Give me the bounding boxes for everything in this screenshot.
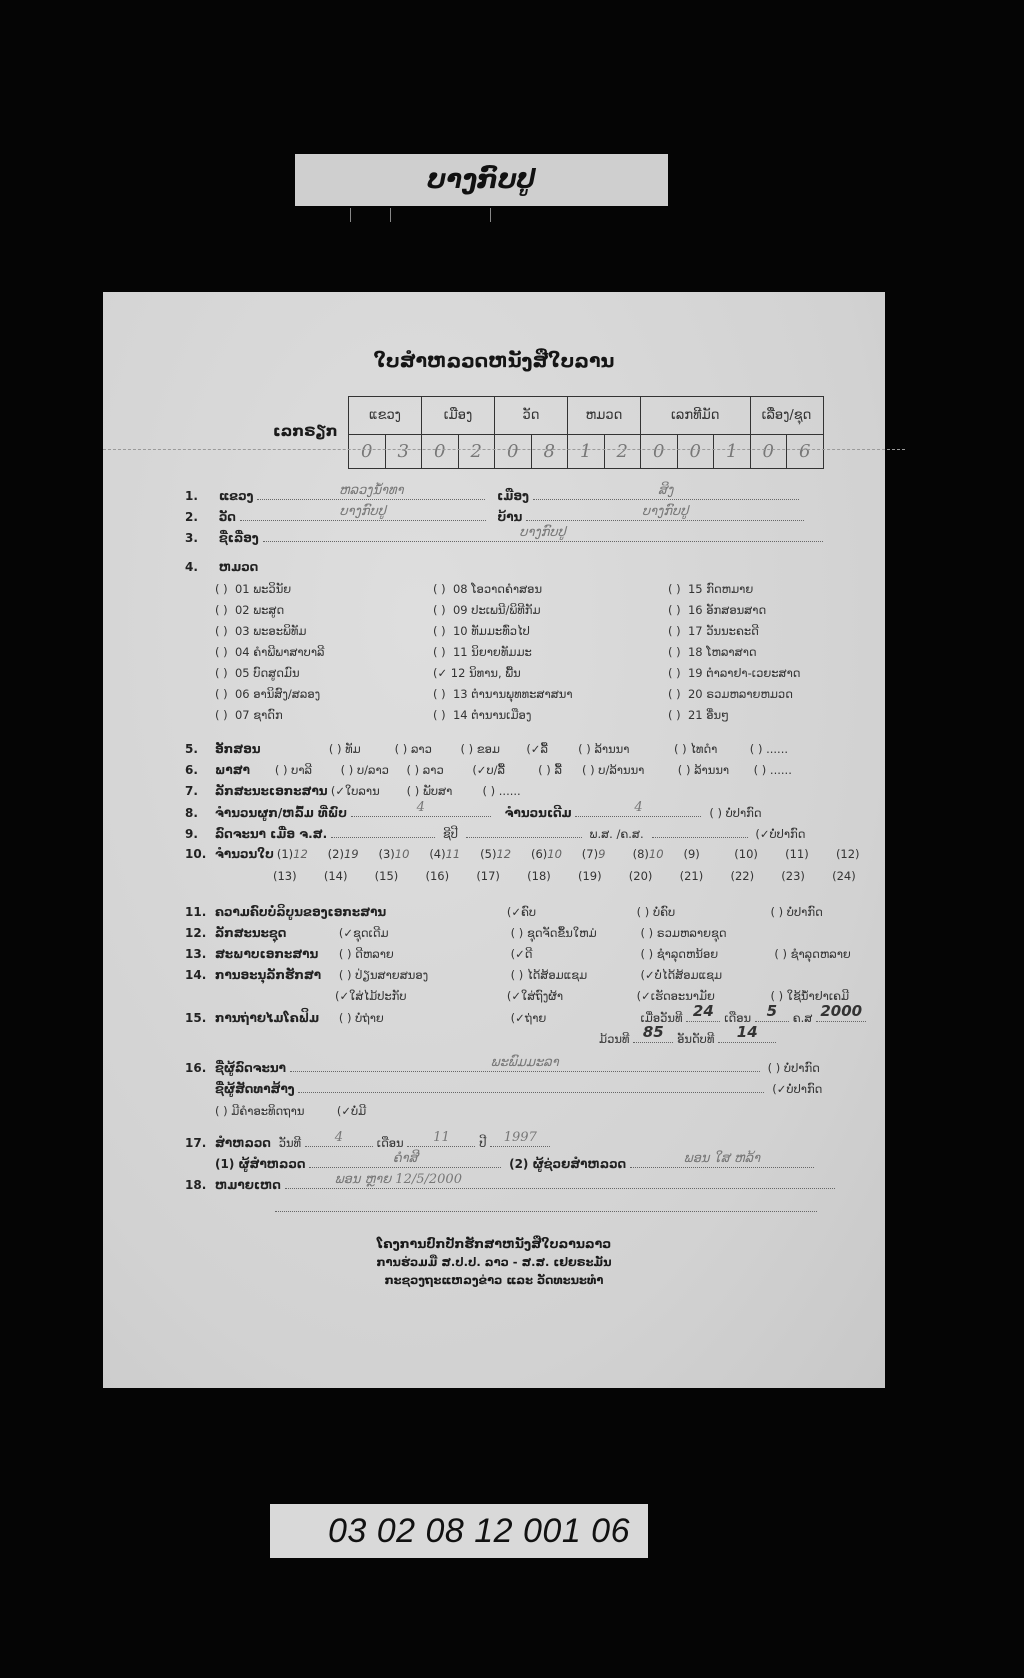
leaf-count-1[interactable]: (1)12 xyxy=(277,847,324,861)
remarks-field-2[interactable] xyxy=(275,1200,817,1212)
leaf-count-9[interactable]: (9) xyxy=(683,847,730,861)
field-temple-row: 2. ວັດ ບາງກົບປູ ບ້ານ ບາງກົບປູ xyxy=(185,509,804,524)
script-option[interactable]: ( ) ທັມ xyxy=(329,742,391,756)
code-table: ແຂວງ ເມືອງ ວັດ ຫມວດ ເລກທີມັດ ເລື່ອງ/ຊຸດ … xyxy=(348,396,824,469)
language-option-checked[interactable]: (✓ບ/ລື້ xyxy=(472,763,534,777)
language-option[interactable]: ( ) ລາວ xyxy=(406,763,468,777)
category-option-08[interactable]: ( ) 08 ໂອວາດຄຳສອນ xyxy=(433,582,542,596)
temple-field[interactable]: ບາງກົບປູ xyxy=(240,509,486,521)
sponsor-not-shown-option-checked[interactable]: (✓ບໍ່ປາກົດ xyxy=(772,1082,822,1096)
field-label: ແຂວງ xyxy=(219,489,254,503)
original-count-field[interactable]: 4 xyxy=(575,805,701,817)
category-option-13[interactable]: ( ) 13 ຕຳນານພຸທທະສາສນາ xyxy=(433,687,573,701)
found-count-field[interactable]: 4 xyxy=(351,805,491,817)
form-title: ໃບສຳຫລວດຫນັງສືໃບລານ xyxy=(103,350,885,372)
survey-month-field[interactable]: 11 xyxy=(407,1135,475,1147)
not-shown-option-checked[interactable]: (✓ບໍ່ປາກົດ xyxy=(755,827,805,841)
set-type-option[interactable]: ( ) ຣວມຫລາຍຊຸດ xyxy=(640,926,726,940)
assistant-surveyor-field[interactable]: ພອນ ໃສ ຫລ້າ xyxy=(630,1156,814,1168)
category-option-06[interactable]: ( ) 06 ອານິສົງ/ສລອງ xyxy=(215,687,320,701)
survey-form-sheet: ໃບສຳຫລວດຫນັງສືໃບລານ ເລກຣຽກ ແຂວງ ເມືອງ ວັ… xyxy=(103,292,885,1388)
leaf-count-18[interactable]: (18) xyxy=(527,869,574,883)
code-col-district: ເມືອງ xyxy=(422,397,495,435)
category-option-03[interactable]: ( ) 03 ພະອະພິທັມ xyxy=(215,624,306,638)
leaf-count-15[interactable]: (15) xyxy=(375,869,422,883)
microfilm-option-checked[interactable]: (✓ຖ່າຍ xyxy=(511,1011,637,1025)
category-option-15[interactable]: ( ) 15 ກົດຫມາຍ xyxy=(668,582,753,596)
code-digit: 2 xyxy=(604,435,641,469)
leaf-count-12[interactable]: (12) xyxy=(836,847,860,861)
condition-option-checked[interactable]: (✓ດີ xyxy=(511,947,637,961)
field-province-row: 1. ແຂວງ ຫລວງນ້ຳທາ ເມືອງ ສິງ xyxy=(185,488,799,503)
field-leaf-count-row-2: (13) (14) (15) (16) (17) (18) (19) (20) … xyxy=(273,869,856,883)
not-shown-option[interactable]: ( ) ບໍ່ປາກົດ xyxy=(709,806,761,820)
code-digit: 1 xyxy=(714,435,751,469)
village-field[interactable]: ບາງກົບປູ xyxy=(526,509,804,521)
field-survey-date-row: 17.ສຳຫລວດ ວັນທີ 4 ເດືອນ 11 ປີ 1997 xyxy=(185,1135,550,1150)
sequence-number-field[interactable]: 14 xyxy=(718,1031,776,1043)
category-option-05[interactable]: ( ) 05 ບົດສູດມົນ xyxy=(215,666,300,680)
code-digit: 1 xyxy=(568,435,605,469)
conservation-option-checked[interactable]: (✓ບໍ່ໄດ້ສ້ອມແຊມ xyxy=(640,968,722,982)
header-label: ບາງກົບປູ xyxy=(427,165,536,195)
field-written-date-row: 9.ລົດຈະນາ ເມື່ອ ຈ.ສ. ຊີປີ ພ.ສ. /ຄ.ສ. (✓ບ… xyxy=(185,826,805,841)
language-option-other[interactable]: ( ) ...... xyxy=(754,763,792,777)
script-option[interactable]: ( ) ລາວ xyxy=(395,742,457,756)
language-option[interactable]: ( ) ລື້ xyxy=(538,763,578,777)
condition-option[interactable]: ( ) ດີຫລາຍ xyxy=(339,947,507,961)
category-option-11[interactable]: ( ) 11 ນິຍາຍທັມມະ xyxy=(433,645,532,659)
remarks-field[interactable]: ພອນ ຫຼາຍ 12/5/2000 xyxy=(285,1177,835,1189)
scribe-field[interactable]: ພະພົມມະລາ xyxy=(290,1060,760,1072)
leaf-count-5[interactable]: (5)12 xyxy=(480,847,527,861)
completeness-option[interactable]: ( ) ບໍ່ປາກົດ xyxy=(770,905,822,919)
field-title-row: 3. ຊື່ເລື່ອງ ບາງກົບປູ xyxy=(185,530,823,545)
code-digit: 0 xyxy=(349,435,386,469)
category-option-21[interactable]: ( ) 21 ອື່ນໆ xyxy=(668,708,729,722)
category-option-01[interactable]: ( ) 01 ພະວິນັຍ xyxy=(215,582,291,596)
code-col-province: ແຂວງ xyxy=(349,397,422,435)
leaf-count-20[interactable]: (20) xyxy=(629,869,676,883)
dedication-option[interactable]: ( ) ມີຄຳອະທິດຖານ xyxy=(215,1104,333,1118)
script-option-checked[interactable]: (✓ລື້ xyxy=(526,742,574,756)
completeness-option-checked[interactable]: (✓ຄົບ xyxy=(507,905,633,919)
field-completeness-row: 11.ຄວາມຄົບບໍ່ລິບູນຂອງເອກະສານ (✓ຄົບ ( ) ບ… xyxy=(185,905,823,919)
leaf-count-6[interactable]: (6)10 xyxy=(531,847,578,861)
field-microfilm-roll-row: ມ້ວນທີ 85 ອັນດັບທີ 14 xyxy=(599,1031,776,1046)
reference-code: 03 02 08 12 001 06 xyxy=(328,1512,630,1551)
microfilm-option[interactable]: ( ) ບໍ່ຖ່າຍ xyxy=(339,1011,507,1025)
field-surveyors-row: (1) ຜູ້ສຳຫລວດ ຄຳສີ (2) ຜູ້ຊ່ວຍສຳຫລວດ ພອນ… xyxy=(215,1156,814,1171)
category-option-12-checked[interactable]: (✓ 12 ນິທານ, ພື້ນ xyxy=(433,666,521,680)
leaf-count-22[interactable]: (22) xyxy=(730,869,777,883)
microfilm-day-field[interactable]: 24 xyxy=(686,1010,720,1022)
header-label-strip: ບາງກົບປູ xyxy=(295,154,668,206)
code-digit: 6 xyxy=(787,435,824,469)
code-digit: 8 xyxy=(531,435,568,469)
sponsor-field[interactable] xyxy=(298,1081,764,1093)
set-type-option-checked[interactable]: (✓ຊຸດເດີມ xyxy=(339,926,507,940)
conservation-option-checked[interactable]: (✓ໃສ່ໄມ້ປະກັບ xyxy=(335,989,503,1003)
field-language-row: 6.ພາສາ ( ) ບາລີ ( ) ບ/ລາວ ( ) ລາວ (✓ບ/ລື… xyxy=(185,763,792,777)
leaf-count-2[interactable]: (2)19 xyxy=(328,847,375,861)
roll-number-field[interactable]: 85 xyxy=(633,1031,673,1043)
doc-type-option[interactable]: ( ) ພັບສາ xyxy=(407,784,479,798)
divider xyxy=(103,449,905,450)
remarks-line-2 xyxy=(275,1200,817,1215)
set-type-option[interactable]: ( ) ຊຸດຈັດຂຶ້ນໃຫມ່ xyxy=(511,926,637,940)
code-digit: 0 xyxy=(641,435,678,469)
code-digit: 0 xyxy=(750,435,787,469)
survey-year-field[interactable]: 1997 xyxy=(490,1135,550,1147)
code-digit: 0 xyxy=(677,435,714,469)
footer-cooperation: ການຮ່ວມມື ສ.ປ.ປ. ລາວ - ສ.ສ. ເຢຍຣະມັນ xyxy=(103,1255,885,1269)
survey-day-field[interactable]: 4 xyxy=(305,1135,373,1147)
field-sponsor-row: ຊື່ຜູ້ສັດທາສ້າງ (✓ບໍ່ປາກົດ xyxy=(185,1081,822,1096)
field-conservation-row: 14.ການອະນຸລັກຮັກສາ ( ) ປ່ຽນສາຍສນອງ ( ) ໄ… xyxy=(185,968,722,982)
cs-year-field[interactable] xyxy=(331,826,435,838)
conservation-option[interactable]: ( ) ໃຊ້ນ້ຳຢາເຄມີ xyxy=(770,989,849,1003)
language-option[interactable]: ( ) ບາລີ xyxy=(275,763,337,777)
leaf-count-13[interactable]: (13) xyxy=(273,869,320,883)
code-digit: 3 xyxy=(385,435,422,469)
category-option-09[interactable]: ( ) 09 ປະເພນີ/ພິທີກັມ xyxy=(433,603,541,617)
category-option-16[interactable]: ( ) 16 ອັກສອນສາດ xyxy=(668,603,766,617)
category-option-04[interactable]: ( ) 04 ຄຳພີພາສາບາລີ xyxy=(215,645,325,659)
category-option-19[interactable]: ( ) 19 ຕຳລາຢາ-ເວຍະສາດ xyxy=(668,666,801,680)
district-field[interactable]: ສິງ xyxy=(533,488,799,500)
conservation-option[interactable]: ( ) ປ່ຽນສາຍສນອງ xyxy=(339,968,507,982)
leaf-count-17[interactable]: (17) xyxy=(476,869,523,883)
reference-code-strip: 03 02 08 12 001 06 xyxy=(270,1504,648,1558)
doc-type-option-checked[interactable]: (✓ໃບລານ xyxy=(331,784,403,798)
language-option[interactable]: ( ) ລ້ານນາ xyxy=(678,763,750,777)
category-option-02[interactable]: ( ) 02 ພະສູດ xyxy=(215,603,284,617)
category-option-07[interactable]: ( ) 07 ຊາດົກ xyxy=(215,708,283,722)
leaf-count-4[interactable]: (4)11 xyxy=(429,847,476,861)
language-option[interactable]: ( ) ບ/ລ້ານນາ xyxy=(582,763,674,777)
field-category-row: 4. ຫມວດ xyxy=(185,560,258,574)
code-digit: 0 xyxy=(422,435,459,469)
code-digit: 2 xyxy=(458,435,495,469)
field-fascicle-count-row: 8.ຈຳນວນຜູກ/ຫລົ້ມ ທີ່ພົບ 4 ຈຳນວນເດີມ 4 ( … xyxy=(185,805,762,820)
leaf-count-24[interactable]: (24) xyxy=(832,869,856,883)
microfilm-year-field[interactable]: 2000 xyxy=(816,1010,866,1022)
footer-project-name: ໂຄງການປົກປັກຮັກສາຫນັງສືໃບລານລາວ xyxy=(103,1236,885,1251)
script-option[interactable]: ( ) ໄທດຳ xyxy=(674,742,746,756)
category-option-17[interactable]: ( ) 17 ວັນນະຄະດີ xyxy=(668,624,759,638)
code-col-category: ຫມວດ xyxy=(568,397,641,435)
conservation-option-checked[interactable]: (✓ເຮັດອະນາມັຍ xyxy=(637,989,767,1003)
leaf-count-19[interactable]: (19) xyxy=(578,869,625,883)
category-option-18[interactable]: ( ) 18 ໂຫລາສາດ xyxy=(668,645,757,659)
microfilm-month-field[interactable]: 5 xyxy=(755,1010,789,1022)
leaf-count-21[interactable]: (21) xyxy=(680,869,727,883)
field-condition-row: 13.ສະພາບເອກະສານ ( ) ດີຫລາຍ (✓ດີ ( ) ຊຳລຸ… xyxy=(185,947,851,961)
cycle-year-field[interactable] xyxy=(466,826,582,838)
conservation-option-checked[interactable]: (✓ໃສ່ຖົງຜ້າ xyxy=(507,989,633,1003)
completeness-option[interactable]: ( ) ບໍ່ຄົບ xyxy=(637,905,767,919)
footer-ministry: ກະຊວງຖະແຫລງຂ່າວ ແລະ ວັດທະນະທຳ xyxy=(103,1273,885,1287)
tick-marks xyxy=(350,208,550,222)
code-col-bundle: ເລກທີມັດ xyxy=(641,397,751,435)
dedication-option-checked[interactable]: (✓ບໍ່ມີ xyxy=(337,1104,366,1118)
code-digit: 0 xyxy=(495,435,532,469)
script-option[interactable]: ( ) ຂອມ xyxy=(460,742,522,756)
leaf-count-10[interactable]: (10) xyxy=(734,847,781,861)
leaf-count-3[interactable]: (3)10 xyxy=(378,847,425,861)
script-option-other[interactable]: ( ) ...... xyxy=(750,742,788,756)
category-option-10[interactable]: ( ) 10 ທັມມະທົ່ວໄປ xyxy=(433,624,530,638)
leaf-count-11[interactable]: (11) xyxy=(785,847,832,861)
leaf-count-8[interactable]: (8)10 xyxy=(633,847,680,861)
be-ce-year-field[interactable] xyxy=(652,826,748,838)
condition-option[interactable]: ( ) ຊຳລຸດຫນ້ອຍ xyxy=(640,947,770,961)
doc-type-option-other[interactable]: ( ) ...... xyxy=(482,784,520,798)
title-field[interactable]: ບາງກົບປູ xyxy=(263,530,823,542)
leaf-count-14[interactable]: (14) xyxy=(324,869,371,883)
province-field[interactable]: ຫລວງນ້ຳທາ xyxy=(257,488,485,500)
category-option-20[interactable]: ( ) 20 ຣວມຫລາຍຫມວດ xyxy=(668,687,793,701)
leaf-count-7[interactable]: (7)9 xyxy=(582,847,629,861)
code-col-temple: ວັດ xyxy=(495,397,568,435)
field-remarks-row: 18.ຫມາຍເຫດ ພອນ ຫຼາຍ 12/5/2000 xyxy=(185,1177,835,1192)
field-doc-type-row: 7.ລັກສະນະເອກະສານ (✓ໃບລານ ( ) ພັບສາ ( ) .… xyxy=(185,784,521,798)
field-set-type-row: 12.ລັກສະນະຊຸດ (✓ຊຸດເດີມ ( ) ຊຸດຈັດຂຶ້ນໃຫ… xyxy=(185,926,727,940)
field-dedication-row: ( ) ມີຄຳອະທິດຖານ (✓ບໍ່ມີ xyxy=(215,1104,366,1118)
code-label: ເລກຣຽກ xyxy=(273,422,338,440)
surveyor-field[interactable]: ຄຳສີ xyxy=(309,1156,501,1168)
script-option[interactable]: ( ) ລ້ານນາ xyxy=(578,742,670,756)
scribe-not-shown-option[interactable]: ( ) ບໍ່ປາກົດ xyxy=(768,1061,820,1075)
code-col-title: ເລື່ອງ/ຊຸດ xyxy=(750,397,823,435)
leaf-count-16[interactable]: (16) xyxy=(425,869,472,883)
category-option-14[interactable]: ( ) 14 ຕຳນານເມືອງ xyxy=(433,708,531,722)
condition-option[interactable]: ( ) ຊຳລຸດຫລາຍ xyxy=(774,947,851,961)
language-option[interactable]: ( ) ບ/ລາວ xyxy=(341,763,403,777)
field-scribe-row: 16.ຊື່ຜູ້ລົດຈະນາ ພະພົມມະລາ ( ) ບໍ່ປາກົດ xyxy=(185,1060,820,1075)
conservation-option[interactable]: ( ) ໄດ້ສ້ອມແຊມ xyxy=(511,968,637,982)
field-leaf-count-row: 10.ຈຳນວນໃບ (1)12 (2)19 (3)10 (4)11 (5)12… xyxy=(185,847,860,861)
field-script-row: 5.ອັກສອນ ( ) ທັມ ( ) ລາວ ( ) ຂອມ (✓ລື້ (… xyxy=(185,742,788,756)
field-conservation-row-2: (✓ໃສ່ໄມ້ປະກັບ (✓ໃສ່ຖົງຜ້າ (✓ເຮັດອະນາມັຍ … xyxy=(335,989,849,1003)
leaf-count-23[interactable]: (23) xyxy=(781,869,828,883)
